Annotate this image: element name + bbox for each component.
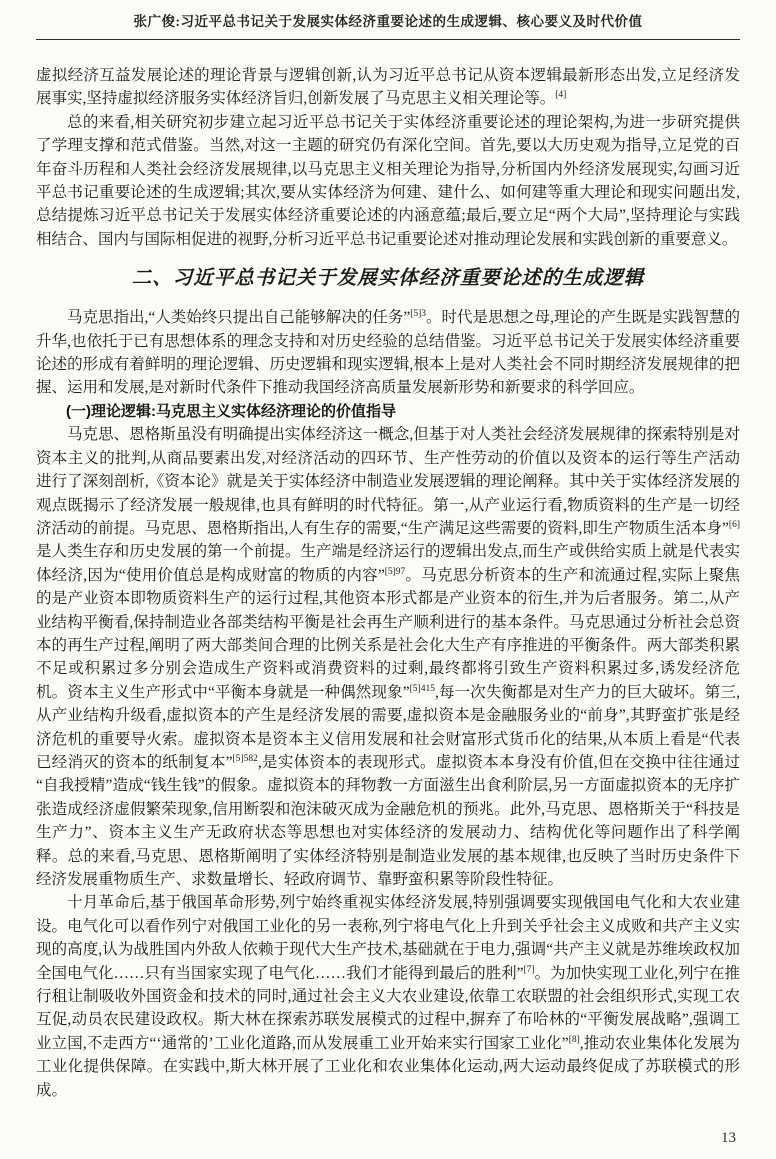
citation-marker: [4] [555, 90, 566, 100]
paragraph-section-intro: 马克思指出,“人类始终只提出自己能够解决的任务”[5]3。时代是思想之母,理论的… [36, 306, 740, 400]
section-heading: 二、习近平总书记关于发展实体经济重要论述的生成逻辑 [36, 264, 740, 294]
paragraph-research-summary: 总的来看,相关研究初步建立起习近平总书记关于实体经济重要论述的理论架构,为进一步… [36, 111, 740, 251]
article-page: 张广俊:习近平总书记关于发展实体经济重要论述的生成逻辑、核心要义及时代价值 虚拟… [0, 0, 776, 1159]
citation-marker: [8] [569, 1035, 580, 1045]
article-body: 虚拟经济互益发展论述的理论背景与逻辑创新,认为习近平总书记从资本逻辑最新形态出发… [36, 64, 740, 1102]
citation-marker: [5]582 [233, 754, 258, 764]
subsection-heading: (一)理论逻辑:马克思主义实体经济理论的价值指导 [36, 400, 740, 423]
paragraph-intro-continuation: 虚拟经济互益发展论述的理论背景与逻辑创新,认为习近平总书记从资本逻辑最新形态出发… [36, 64, 740, 111]
citation-marker: [5]97 [385, 567, 406, 577]
paragraph-marx-theory: 马克思、恩格斯虽没有明确提出实体经济这一概念,但基于对人类社会经济发展规律的探索… [36, 423, 740, 891]
running-title: 张广俊:习近平总书记关于发展实体经济重要论述的生成逻辑、核心要义及时代价值 [134, 14, 643, 29]
citation-marker: [7] [523, 964, 534, 974]
paragraph-lenin-stalin: 十月革命后,基于俄国革命形势,列宁始终重视实体经济发展,特别强调要实现俄国电气化… [36, 891, 740, 1102]
citation-marker: [5]3 [410, 309, 426, 319]
citation-marker: [6] [729, 520, 740, 530]
running-header: 张广俊:习近平总书记关于发展实体经济重要论述的生成逻辑、核心要义及时代价值 [36, 10, 740, 40]
page-number: 13 [721, 1130, 736, 1147]
citation-marker: [5]415 [410, 684, 435, 694]
